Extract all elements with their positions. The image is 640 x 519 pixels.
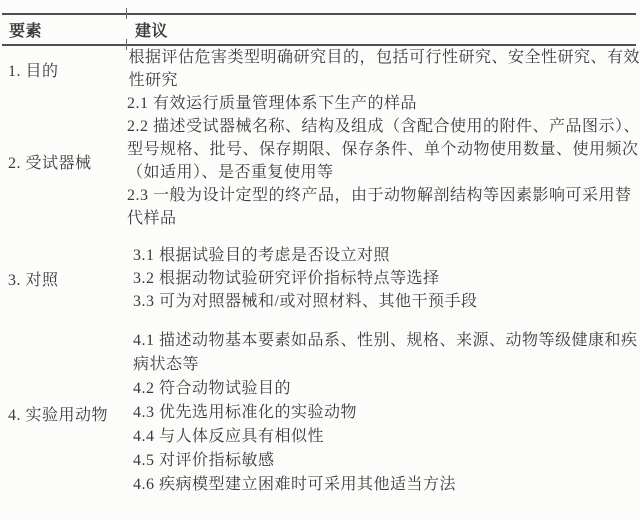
- suggestion-line: 3.2 根据动物试验研究评价指标特点等选择: [133, 267, 640, 290]
- suggestion-line: 2.2 描述受试器械名称、结构及组成（含配合使用的附件、产品图示）、: [127, 115, 640, 138]
- suggestion-line: 型号规格、批号、保存期限、保存条件、单个动物使用数量、使用频次: [127, 138, 640, 161]
- suggestion-line: 4.1 描述动物基本要素如品系、性别、规格、来源、动物等级健康和疾: [133, 329, 640, 353]
- suggestion-line: 病状态等: [133, 353, 640, 377]
- suggestion-line: （如适用）、是否重复使用等: [127, 161, 640, 184]
- row-suggestions-cell: 根据评估危害类型明确研究目的，包括可行性研究、安全性研究、有效性研究: [121, 46, 640, 92]
- suggestion-line: 4.5 对评价指标敏感: [133, 449, 640, 473]
- table-body: 1. 目的根据评估危害类型明确研究目的，包括可行性研究、安全性研究、有效性研究2…: [0, 46, 640, 497]
- suggestion-line: 3.3 可为对照器械和/或对照材料、其他干预手段: [133, 290, 640, 313]
- suggestion-line: 2.3 一般为设计定型的终产品，由于动物解剖结构等因素影响可采用替: [127, 184, 640, 207]
- row-element-cell: 1. 目的: [0, 46, 121, 92]
- suggestion-line: 性研究: [128, 69, 640, 92]
- column-header-elements: 要素: [0, 18, 126, 41]
- row-suggestions-cell: 3.1 根据试验目的考虑是否设立对照3.2 根据动物试验研究评价指标特点等选择3…: [126, 244, 640, 313]
- table-row: 3. 对照3.1 根据试验目的考虑是否设立对照3.2 根据动物试验研究评价指标特…: [0, 230, 640, 313]
- suggestion-line: 4.6 疾病模型建立困难时可采用其他适当方法: [133, 473, 640, 497]
- row-element-label: 4. 实验用动物: [8, 402, 108, 425]
- suggestion-line: 4.4 与人体反应具有相似性: [133, 425, 640, 449]
- suggestion-line: 4.3 优先选用标准化的实验动物: [133, 401, 640, 425]
- column-header-suggestions: 建议: [126, 18, 640, 41]
- scanned-document-page: 要素 建议 1. 目的根据评估危害类型明确研究目的，包括可行性研究、安全性研究、…: [0, 0, 640, 519]
- row-element-cell: 2. 受试器械: [0, 92, 120, 230]
- row-element-label: 2. 受试器械: [8, 150, 92, 173]
- suggestion-line: 根据评估危害类型明确研究目的，包括可行性研究、安全性研究、有效: [128, 46, 640, 69]
- suggestion-line: 2.1 有效运行质量管理体系下生产的样品: [127, 92, 640, 115]
- table-row: 2. 受试器械2.1 有效运行质量管理体系下生产的样品2.2 描述受试器械名称、…: [0, 92, 640, 230]
- row-suggestions-cell: 4.1 描述动物基本要素如品系、性别、规格、来源、动物等级健康和疾病状态等4.2…: [126, 329, 640, 497]
- table-header-row: 要素 建议: [0, 15, 640, 44]
- table-row: 1. 目的根据评估危害类型明确研究目的，包括可行性研究、安全性研究、有效性研究: [0, 46, 640, 92]
- suggestion-line: 4.2 符合动物试验目的: [133, 377, 640, 401]
- row-suggestions-cell: 2.1 有效运行质量管理体系下生产的样品2.2 描述受试器械名称、结构及组成（含…: [120, 92, 640, 230]
- row-element-cell: 3. 对照: [0, 244, 126, 313]
- suggestion-line: 3.1 根据试验目的考虑是否设立对照: [133, 244, 640, 267]
- table-row: 4. 实验用动物4.1 描述动物基本要素如品系、性别、规格、来源、动物等级健康和…: [0, 313, 640, 497]
- row-element-label: 1. 目的: [8, 58, 59, 81]
- suggestion-line: 代样品: [127, 207, 640, 230]
- row-element-cell: 4. 实验用动物: [0, 329, 126, 497]
- row-element-label: 3. 对照: [8, 267, 59, 290]
